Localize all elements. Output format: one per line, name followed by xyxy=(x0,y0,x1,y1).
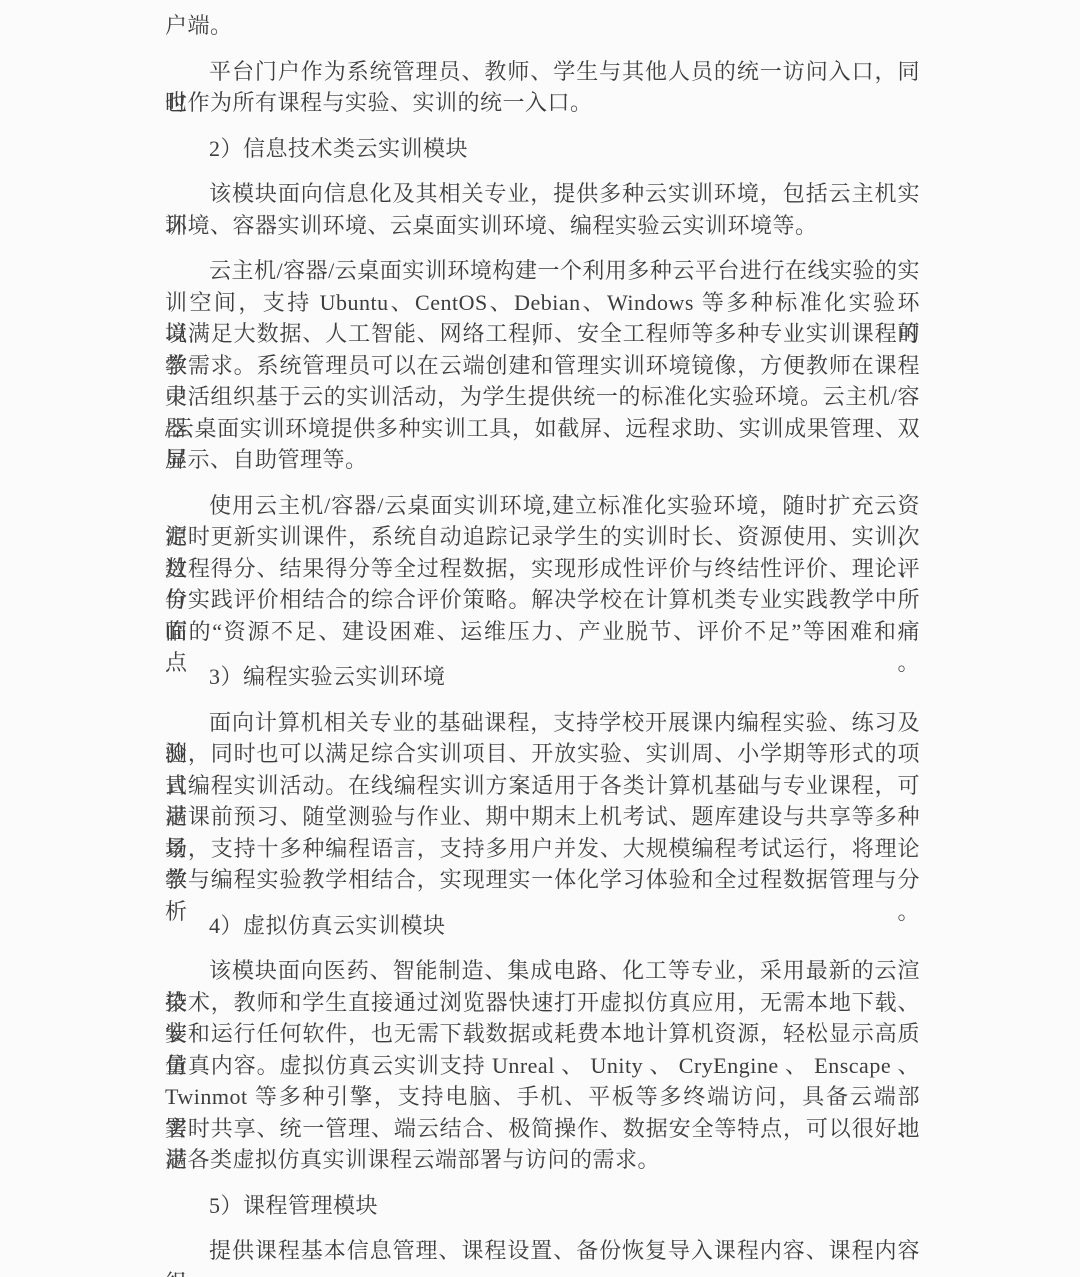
heading-2-it-cloud-training-module: 2）信息技术类云实训模块 xyxy=(165,133,920,165)
text-line: 过程得分、结果得分等全过程数据，实现形成性评价与终结性评价、理论评价 xyxy=(165,553,920,585)
text-line: 面向计算机相关专业的基础课程，支持学校开展课内编程实验、练习及测 xyxy=(165,707,920,739)
text-line: 云主机/容器/云桌面实训环境构建一个利用多种云平台进行在线实验的实 xyxy=(165,255,920,287)
text-line: 与实践评价相结合的综合评价策略。解决学校在计算机类专业实践教学中所面 xyxy=(165,584,920,616)
para-course-management: 提供课程基本信息管理、课程设置、备份恢复导入课程内容、课程内容组 xyxy=(165,1235,920,1267)
para-platform-portal: 平台门户作为系统管理员、教师、学生与其他人员的统一访问入口，同时也作为所有课程与… xyxy=(165,56,920,119)
text-line: 学需求。系统管理员可以在云端创建和管理实训环境镜像，方便教师在课程中 xyxy=(165,350,920,382)
text-line: 临的“资源不足、建设困难、运维压力、产业脱节、评价不足”等困难和痛点。 xyxy=(165,616,920,648)
text-line: 也作为所有课程与实验、实训的统一入口。 xyxy=(165,87,920,119)
para-evaluation-strategy: 使用云主机/容器/云桌面实训环境,建立标准化实验环境，随时扩充云资源，定时更新实… xyxy=(165,490,920,648)
text-line: 该模块面向信息化及其相关专业，提供多种云实训环境，包括云主机实训 xyxy=(165,178,920,210)
text-line: 灵活组织基于云的实训活动，为学生提供统一的标准化实验环境。云主机/容器 xyxy=(165,381,920,413)
text-line: 该模块面向医药、智能制造、集成电路、化工等专业，采用最新的云渲染 xyxy=(165,955,920,987)
text-line: 显示、自助管理等。 xyxy=(165,444,920,476)
text-line: 装和运行任何软件，也无需下载数据或耗费本地计算机资源，轻松显示高质量 xyxy=(165,1018,920,1050)
text-line: 定时更新实训课件，系统自动追踪记录学生的实训时长、资源使用、实训次数、 xyxy=(165,521,920,553)
para-programming-training: 面向计算机相关专业的基础课程，支持学校开展课内编程实验、练习及测验，同时也可以满… xyxy=(165,707,920,896)
text-line: 训空间，支持 Ubuntu、CentOS、Debian、Windows 等多种标… xyxy=(165,287,920,319)
text-line: 验，同时也可以满足综合实训项目、开放实验、实训周、小学期等形式的项目 xyxy=(165,738,920,770)
text-line: 景，支持十多种编程语言，支持多用户并发、大规模编程考试运行，将理论教 xyxy=(165,833,920,865)
text-line: 实时共享、统一管理、端云结合、极简操作、数据安全等特点，可以很好地满 xyxy=(165,1113,920,1145)
text-line: 技术，教师和学生直接通过浏览器快速打开虚拟仿真应用，无需本地下载、安 xyxy=(165,987,920,1019)
para-it-module-overview: 该模块面向信息化及其相关专业，提供多种云实训环境，包括云主机实训环境、容器实训环… xyxy=(165,178,920,241)
text-line: 平台门户作为系统管理员、教师、学生与其他人员的统一访问入口，同时 xyxy=(165,56,920,88)
text-line: 以满足大数据、人工智能、网络工程师、安全工程师等多种专业实训课程的教 xyxy=(165,318,920,350)
text-line: Twinmot 等多种引擎，支持电脑、手机、平板等多终端访问，具备云端部署、 xyxy=(165,1081,920,1113)
para-cloud-host-environments: 云主机/容器/云桌面实训环境构建一个利用多种云平台进行在线实验的实训空间，支持 … xyxy=(165,255,920,476)
document-page: 户端。平台门户作为系统管理员、教师、学生与其他人员的统一访问入口，同时也作为所有… xyxy=(165,10,920,1267)
text-line: 环境、容器实训环境、云桌面实训环境、编程实验云实训环境等。 xyxy=(165,210,920,242)
text-line: 足各类虚拟仿真实训课程云端部署与访问的需求。 xyxy=(165,1144,920,1176)
text-line: 学与编程实验教学相结合，实现理实一体化学习体验和全过程数据管理与分析。 xyxy=(165,864,920,896)
text-line: 2）信息技术类云实训模块 xyxy=(165,133,920,165)
text-line: 5）课程管理模块 xyxy=(165,1190,920,1222)
para-client-continuation: 户端。 xyxy=(165,10,920,42)
text-line: 足课前预习、随堂测验与作业、期中期末上机考试、题库建设与共享等多种场 xyxy=(165,801,920,833)
heading-5-course-management-module: 5）课程管理模块 xyxy=(165,1190,920,1222)
text-line: 式编程实训活动。在线编程实训方案适用于各类计算机基础与专业课程，可满 xyxy=(165,770,920,802)
text-line: /云桌面实训环境提供多种实训工具，如截屏、远程求助、实训成果管理、双屏 xyxy=(165,413,920,445)
para-virtual-simulation: 该模块面向医药、智能制造、集成电路、化工等专业，采用最新的云渲染技术，教师和学生… xyxy=(165,955,920,1176)
text-line: 户端。 xyxy=(165,10,920,42)
text-line: 仿真内容。虚拟仿真云实训支持 Unreal 、 Unity 、 CryEngin… xyxy=(165,1050,920,1082)
text-line: 使用云主机/容器/云桌面实训环境,建立标准化实验环境，随时扩充云资源， xyxy=(165,490,920,522)
text-line: 提供课程基本信息管理、课程设置、备份恢复导入课程内容、课程内容组 xyxy=(165,1235,920,1267)
